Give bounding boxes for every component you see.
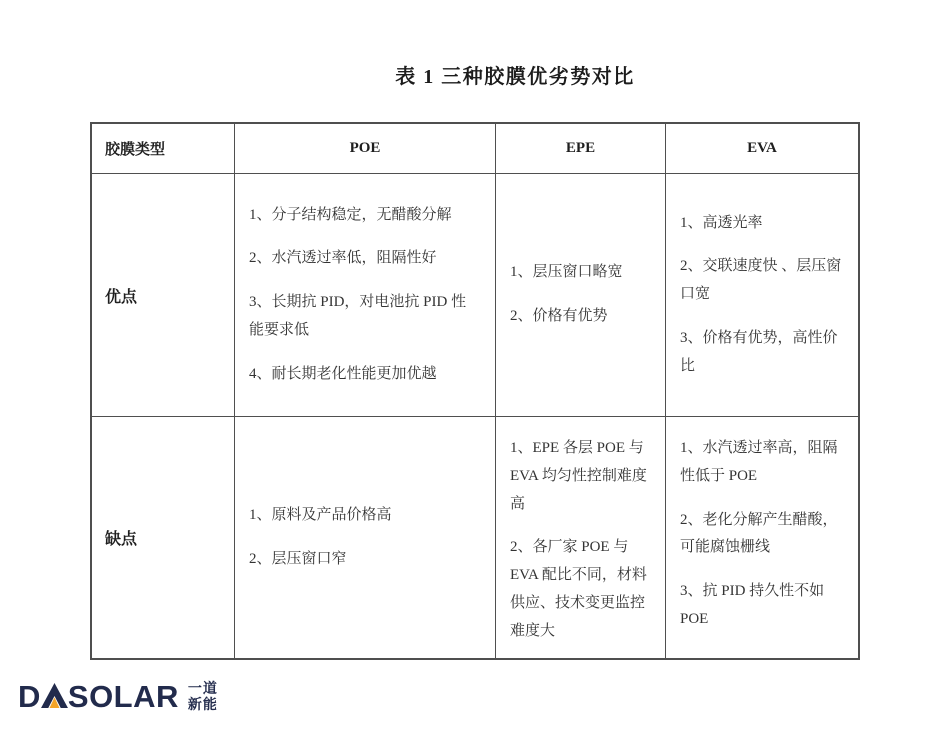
cell-item: 2、价格有优势 bbox=[510, 303, 651, 331]
logo-cn-line2: 新能 bbox=[188, 696, 218, 712]
disadvantages-epe-cell: 1、EPE 各层 POE 与 EVA 均匀性控制难度高2、各厂家 POE 与 E… bbox=[496, 417, 666, 658]
advantages-epe-cell: 1、层压窗口略宽2、价格有优势 bbox=[496, 174, 666, 417]
cell-item: 3、长期抗 PID，对电池抗 PID 性能要求低 bbox=[249, 289, 481, 345]
header-poe: POE bbox=[235, 124, 496, 174]
cell-item: 4、耐长期老化性能更加优越 bbox=[249, 361, 481, 389]
logo-chinese-name: 一道 新能 bbox=[188, 680, 218, 712]
header-film-type: 胶膜类型 bbox=[92, 124, 235, 174]
advantages-eva-cell: 1、高透光率2、交联速度快 、层压窗口宽3、价格有优势，高性价比 bbox=[666, 174, 858, 417]
cell-item: 1、EPE 各层 POE 与 EVA 均匀性控制难度高 bbox=[510, 435, 651, 518]
cell-item: 2、老化分解产生醋酸，可能腐蚀栅线 bbox=[680, 507, 844, 563]
cell-item: 2、层压窗口窄 bbox=[249, 546, 481, 574]
row-label-advantages: 优点 bbox=[92, 174, 235, 417]
document-page: 表 1 三种胶膜优劣势对比 胶膜类型 POE EPE EVA 优点 1、分子结构… bbox=[0, 0, 950, 741]
cell-item: 1、原料及产品价格高 bbox=[249, 502, 481, 530]
logo-wordmark: D SOLAR bbox=[18, 681, 179, 712]
comparison-table: 胶膜类型 POE EPE EVA 优点 1、分子结构稳定，无醋酸分解2、水汽透过… bbox=[90, 122, 860, 660]
cell-item: 1、分子结构稳定，无醋酸分解 bbox=[249, 202, 481, 230]
advantages-poe-cell: 1、分子结构稳定，无醋酸分解2、水汽透过率低，阻隔性好3、长期抗 PID，对电池… bbox=[235, 174, 496, 417]
logo-letters-solar: SOLAR bbox=[68, 681, 179, 712]
cell-item: 2、水汽透过率低，阻隔性好 bbox=[249, 245, 481, 273]
logo-letter-d: D bbox=[18, 681, 41, 712]
dasolar-logo: D SOLAR 一道 新能 bbox=[18, 680, 218, 712]
cell-item: 3、抗 PID 持久性不如 POE bbox=[680, 578, 844, 634]
header-eva: EVA bbox=[666, 124, 858, 174]
cell-item: 1、高透光率 bbox=[680, 210, 844, 238]
disadvantages-eva-cell: 1、水汽透过率高，阻隔性低于 POE2、老化分解产生醋酸，可能腐蚀栅线3、抗 P… bbox=[666, 417, 858, 658]
cell-item: 3、价格有优势，高性价比 bbox=[680, 325, 844, 381]
header-epe: EPE bbox=[496, 124, 666, 174]
logo-cn-line1: 一道 bbox=[188, 680, 218, 696]
cell-item: 2、各厂家 POE 与 EVA 配比不同，材料供应、技术变更监控难度大 bbox=[510, 534, 651, 645]
table-title: 表 1 三种胶膜优劣势对比 bbox=[95, 60, 935, 89]
logo-a-triangle-icon bbox=[41, 683, 68, 708]
cell-item: 1、水汽透过率高，阻隔性低于 POE bbox=[680, 435, 844, 491]
row-label-disadvantages: 缺点 bbox=[92, 417, 235, 658]
cell-item: 2、交联速度快 、层压窗口宽 bbox=[680, 253, 844, 309]
disadvantages-poe-cell: 1、原料及产品价格高2、层压窗口窄 bbox=[235, 417, 496, 658]
cell-item: 1、层压窗口略宽 bbox=[510, 259, 651, 287]
